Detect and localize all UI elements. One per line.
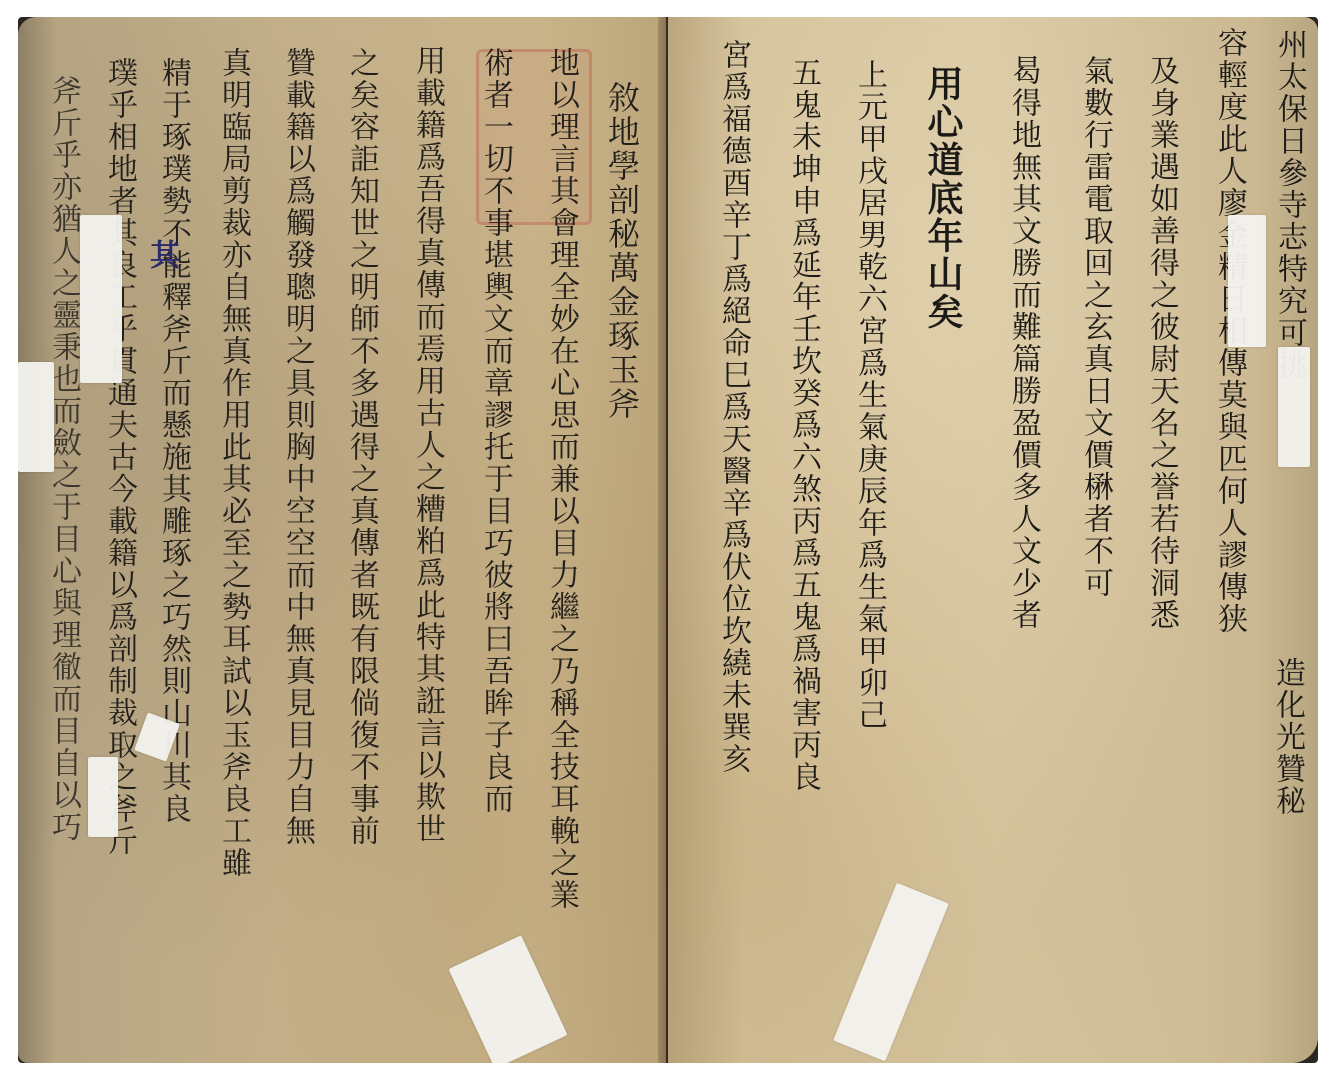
repair-patch bbox=[80, 215, 122, 383]
text-column-6: 用心道底年山矣 bbox=[924, 65, 960, 331]
text-column-6: 真明臨局剪裁亦自無真作用此其必至之勢耳試以玉斧良工雖 bbox=[218, 47, 248, 879]
page-title: 敘地學剖秘萬金琢玉斧 bbox=[606, 81, 638, 421]
text-column-1: 州太保日參寺志特究可挑 bbox=[1274, 29, 1304, 381]
manuscript-spread: 敘地學剖秘萬金琢玉斧 地以理言其會理全妙在心思而兼以目力繼之乃稱全技耳輓之業 術… bbox=[18, 17, 1318, 1063]
side-note: 造化光贊秘 bbox=[1272, 657, 1302, 817]
text-column-4: 之矣容詎知世之明師不多遇得之真傳者既有限倘復不事前 bbox=[346, 47, 376, 847]
text-column-2: 術者一切不事堪輿文而章謬托于目巧彼將曰吾眸子良而 bbox=[480, 47, 510, 815]
text-column-3: 用載籍爲吾得真傳而焉用古人之糟粕爲此特其誑言以欺世 bbox=[412, 45, 442, 845]
repair-patch bbox=[1278, 347, 1310, 467]
text-column-1: 地以理言其會理全妙在心思而兼以目力繼之乃稱全技耳輓之業 bbox=[546, 47, 576, 911]
repair-patch bbox=[18, 362, 54, 472]
text-column-9: 宮爲福德酉辛丁爲絕命巳爲天醫辛爲伏位坎繞未巽亥 bbox=[718, 39, 748, 775]
inserted-character: 其 bbox=[146, 239, 176, 271]
text-column-3: 及身業遇如善得之彼尉天名之誉若待洞悉 bbox=[1146, 55, 1176, 631]
text-column-7: 精于琢璞勢不能釋斧斤而懸施其雕琢之巧然則山川其良 bbox=[158, 57, 188, 825]
text-column-8: 璞乎相地者其良工乎貫通夫古今載籍以爲剖制裁取之斧斤 bbox=[104, 57, 134, 857]
right-page: 大學圖書館 63972 州太保日參寺志特究可挑 容輕度此人廖金精日相傳莫與匹何人… bbox=[668, 17, 1318, 1063]
repair-patch bbox=[1228, 215, 1266, 347]
text-column-4: 氣數行雷電取回之玄真日文價楙者不可 bbox=[1080, 55, 1110, 599]
text-column-5: 曷得地無其文勝而難篇勝盈價多人文少者 bbox=[1008, 55, 1038, 631]
repair-patch bbox=[833, 883, 949, 1062]
text-column-8: 五鬼未坤申爲延年壬坎癸爲六煞丙爲五鬼爲禍害丙良 bbox=[788, 57, 818, 793]
text-column-5: 贊載籍以爲觸發聰明之具則胸中空空而中無真見目力自無 bbox=[282, 47, 312, 847]
left-page: 敘地學剖秘萬金琢玉斧 地以理言其會理全妙在心思而兼以目力繼之乃稱全技耳輓之業 術… bbox=[18, 17, 666, 1063]
text-column-7: 上元甲戌居男乾六宮爲生氣庚辰年爲生氣甲卯己 bbox=[854, 59, 884, 731]
repair-patch bbox=[88, 757, 118, 837]
repair-patch bbox=[449, 935, 568, 1063]
